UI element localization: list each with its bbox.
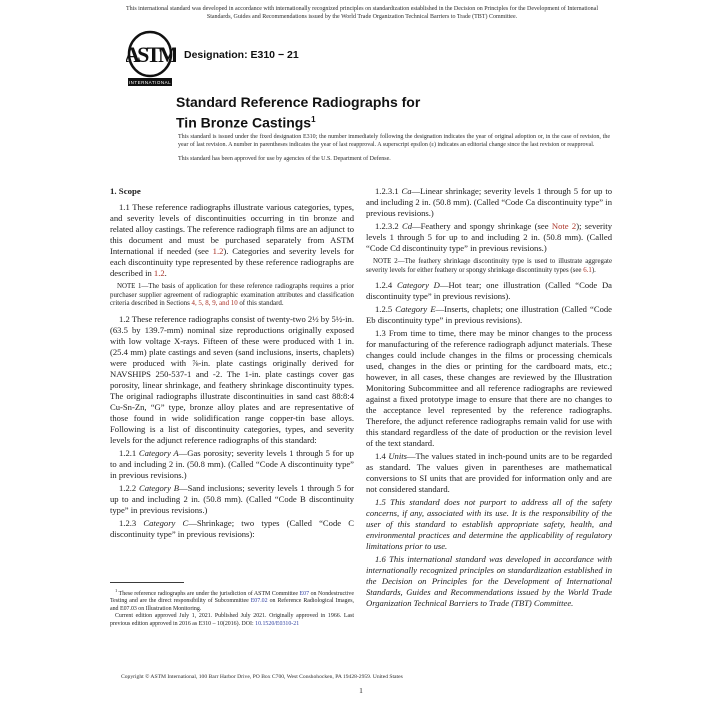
p1-1-text-end: . [165,268,167,278]
footnote-text: These reference radiographs are under th… [117,591,299,597]
p1-4-num: 1.4 [375,451,388,461]
p1-2-3-1-category: Ca [402,186,412,196]
p1-2-1-category: Category A [139,448,179,458]
footnote-jurisdiction: 1 These reference radiographs are under … [110,587,354,613]
p1-2-5-category: Category E [395,304,435,314]
paragraph-1-2-3-1: 1.2.3.1 Ca—Linear shrinkage; severity le… [366,186,612,219]
boilerplate: This standard is issued under the fixed … [178,133,610,169]
p1-2-2-num: 1.2.2 [119,483,139,493]
p1-2-5-num: 1.2.5 [375,304,395,314]
p1-2-1-num: 1.2.1 [119,448,139,458]
footnote-edition-text: Current edition approved July 1, 2021. P… [110,613,354,627]
p1-2-4-num: 1.2.4 [375,280,397,290]
note1-text-end: of this standard. [238,300,284,307]
title-line2: Tin Bronze Castings [176,115,311,131]
paragraph-1-1: 1.1 These reference radiographs illustra… [110,202,354,279]
note2-text: NOTE 2—The feathery shrinkage discontinu… [366,258,612,274]
astm-logo-graphic: ASTM INTERNATIONAL [126,30,176,90]
link-note-2[interactable]: Note 2 [552,221,576,231]
paragraph-1-4: 1.4 Units—The values stated in inch-poun… [366,451,612,495]
svg-text:ASTM: ASTM [126,42,176,67]
link-e07[interactable]: E07 [300,591,310,597]
p1-2-3-2-num: 1.2.3.2 [375,221,402,231]
link-1-2b[interactable]: 1.2 [154,268,165,278]
right-column: 1.2.3.1 Ca—Linear shrinkage; severity le… [366,186,612,611]
link-6-1[interactable]: 6.1 [583,267,592,274]
copyright-line: Copyright © ASTM International, 100 Barr… [121,674,601,680]
note-2: NOTE 2—The feathery shrinkage discontinu… [366,258,612,275]
paragraph-1-2: 1.2 These reference radiographs consist … [110,314,354,446]
link-e07-02[interactable]: E07.02 [251,598,268,604]
dod-note: This standard has been approved for use … [178,155,610,163]
p1-2-3-2-category: Cd [402,221,412,231]
paragraph-1-3: 1.3 From time to time, there may be mino… [366,328,612,449]
note-1: NOTE 1—The basis of application for thes… [110,283,354,309]
footnote-edition: Current edition approved July 1, 2021. P… [110,613,354,628]
footnote-divider [110,582,184,583]
p1-2-3-num: 1.2.3 [119,518,143,528]
title-footnote-mark[interactable]: 1 [311,115,315,124]
page-number: 1 [0,686,722,695]
p1-2-3-category: Category C [143,518,188,528]
doi-link[interactable]: 10.1520/E0310-21 [255,621,299,627]
note2-text-end: ). [592,267,596,274]
left-column: 1. Scope 1.1 These reference radiographs… [110,186,354,542]
p1-4-label: Units [388,451,407,461]
document-page: This international standard was develope… [0,0,722,722]
p1-2-4-category: Category D [397,280,440,290]
p1-2-3-1-num: 1.2.3.1 [375,186,402,196]
paragraph-1-2-2: 1.2.2 Category B—Sand inclusions; severi… [110,483,354,516]
designation: Designation: E310 − 21 [184,49,299,61]
title-line1: Standard Reference Radiographs for [176,94,420,110]
astm-logo-banner-text: INTERNATIONAL [129,80,171,85]
paragraph-1-2-1: 1.2.1 Category A—Gas porosity; severity … [110,448,354,481]
paragraph-1-2-3-2: 1.2.3.2 Cd—Feathery and spongy shrinkage… [366,221,612,254]
paragraph-1-2-3: 1.2.3 Category C—Shrinkage; two types (C… [110,518,354,540]
wto-notice: This international standard was develope… [117,6,607,21]
link-1-2[interactable]: 1.2 [213,246,224,256]
p1-2-2-category: Category B [139,483,179,493]
page-title: Standard Reference Radiographs for Tin B… [176,93,616,132]
paragraph-1-5: 1.5 This standard does not purport to ad… [366,497,612,552]
paragraph-1-2-4: 1.2.4 Category D—Hot tear; one illustrat… [366,280,612,302]
footnote-block: 1 These reference radiographs are under … [110,582,354,628]
p1-2-3-2-text: —Feathery and spongy shrinkage (see [412,221,552,231]
astm-logo-icon: ASTM INTERNATIONAL [126,30,176,90]
note1-section-links[interactable]: 4, 5, 8, 9, and 10 [192,300,238,307]
issued-note: This standard is issued under the fixed … [178,133,610,149]
paragraph-1-6: 1.6 This international standard was deve… [366,554,612,609]
section-heading-scope: 1. Scope [110,186,354,196]
paragraph-1-2-5: 1.2.5 Category E—Inserts, chaplets; one … [366,304,612,326]
